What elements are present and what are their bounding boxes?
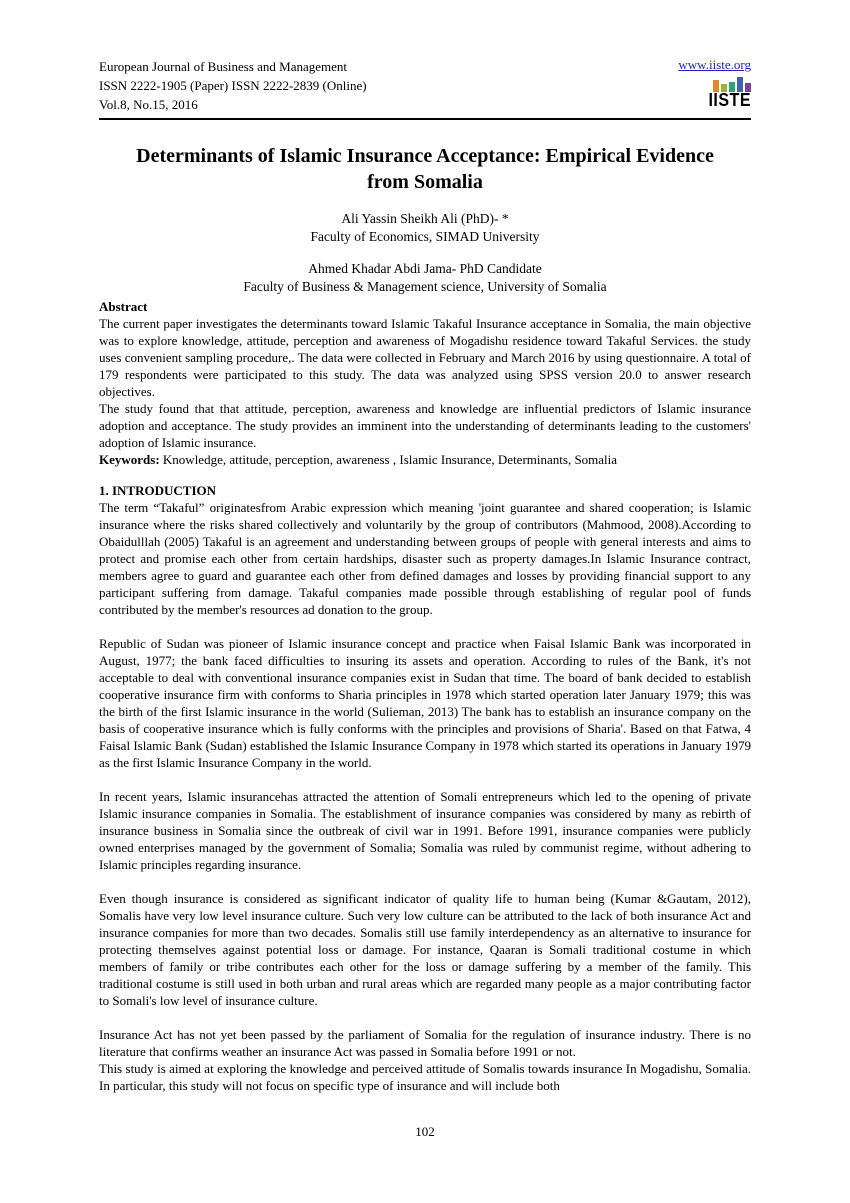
introduction-paragraph: The term “Takaful” originatesfrom Arabic…: [99, 499, 751, 618]
introduction-heading: 1. INTRODUCTION: [99, 482, 751, 499]
paper-title: Determinants of Islamic Insurance Accept…: [128, 143, 723, 195]
iiste-website-link[interactable]: www.iiste.org: [678, 57, 751, 73]
journal-info: European Journal of Business and Managem…: [99, 57, 367, 114]
iiste-logo-bars-icon: [708, 76, 751, 92]
abstract-heading: Abstract: [99, 298, 751, 315]
iiste-logo: IISTE: [708, 76, 751, 107]
header-divider: [99, 118, 751, 120]
abstract-paragraph: The study found that that attitude, perc…: [99, 400, 751, 451]
introduction-paragraph: In recent years, Islamic insurancehas at…: [99, 788, 751, 873]
journal-header: European Journal of Business and Managem…: [99, 57, 751, 114]
keywords-text: Knowledge, attitude, perception, awarene…: [160, 452, 617, 467]
iiste-logo-text: IISTE: [708, 92, 751, 109]
author-affiliation: Faculty of Economics, SIMAD University: [99, 228, 751, 246]
page-number: 102: [99, 1124, 751, 1140]
introduction-paragraph: Even though insurance is considered as s…: [99, 890, 751, 1009]
author-affiliation: Faculty of Business & Management science…: [99, 278, 751, 296]
journal-branding: www.iiste.org IISTE: [678, 57, 751, 107]
author-block-1: Ali Yassin Sheikh Ali (PhD)- * Faculty o…: [99, 210, 751, 246]
journal-issn: ISSN 2222-1905 (Paper) ISSN 2222-2839 (O…: [99, 76, 367, 95]
introduction-paragraph: Republic of Sudan was pioneer of Islamic…: [99, 635, 751, 771]
journal-name: European Journal of Business and Managem…: [99, 57, 367, 76]
author-name: Ali Yassin Sheikh Ali (PhD)- *: [99, 210, 751, 228]
logo-bar-icon: [737, 77, 743, 92]
author-block-2: Ahmed Khadar Abdi Jama- PhD Candidate Fa…: [99, 260, 751, 296]
author-name: Ahmed Khadar Abdi Jama- PhD Candidate: [99, 260, 751, 278]
introduction-paragraph: This study is aimed at exploring the kno…: [99, 1060, 751, 1094]
keywords-label: Keywords:: [99, 452, 160, 467]
keywords-line: Keywords: Knowledge, attitude, perceptio…: [99, 451, 751, 468]
journal-volume: Vol.8, No.15, 2016: [99, 95, 367, 114]
introduction-paragraph: Insurance Act has not yet been passed by…: [99, 1026, 751, 1060]
abstract-paragraph: The current paper investigates the deter…: [99, 315, 751, 400]
paper-page: European Journal of Business and Managem…: [99, 57, 751, 1094]
